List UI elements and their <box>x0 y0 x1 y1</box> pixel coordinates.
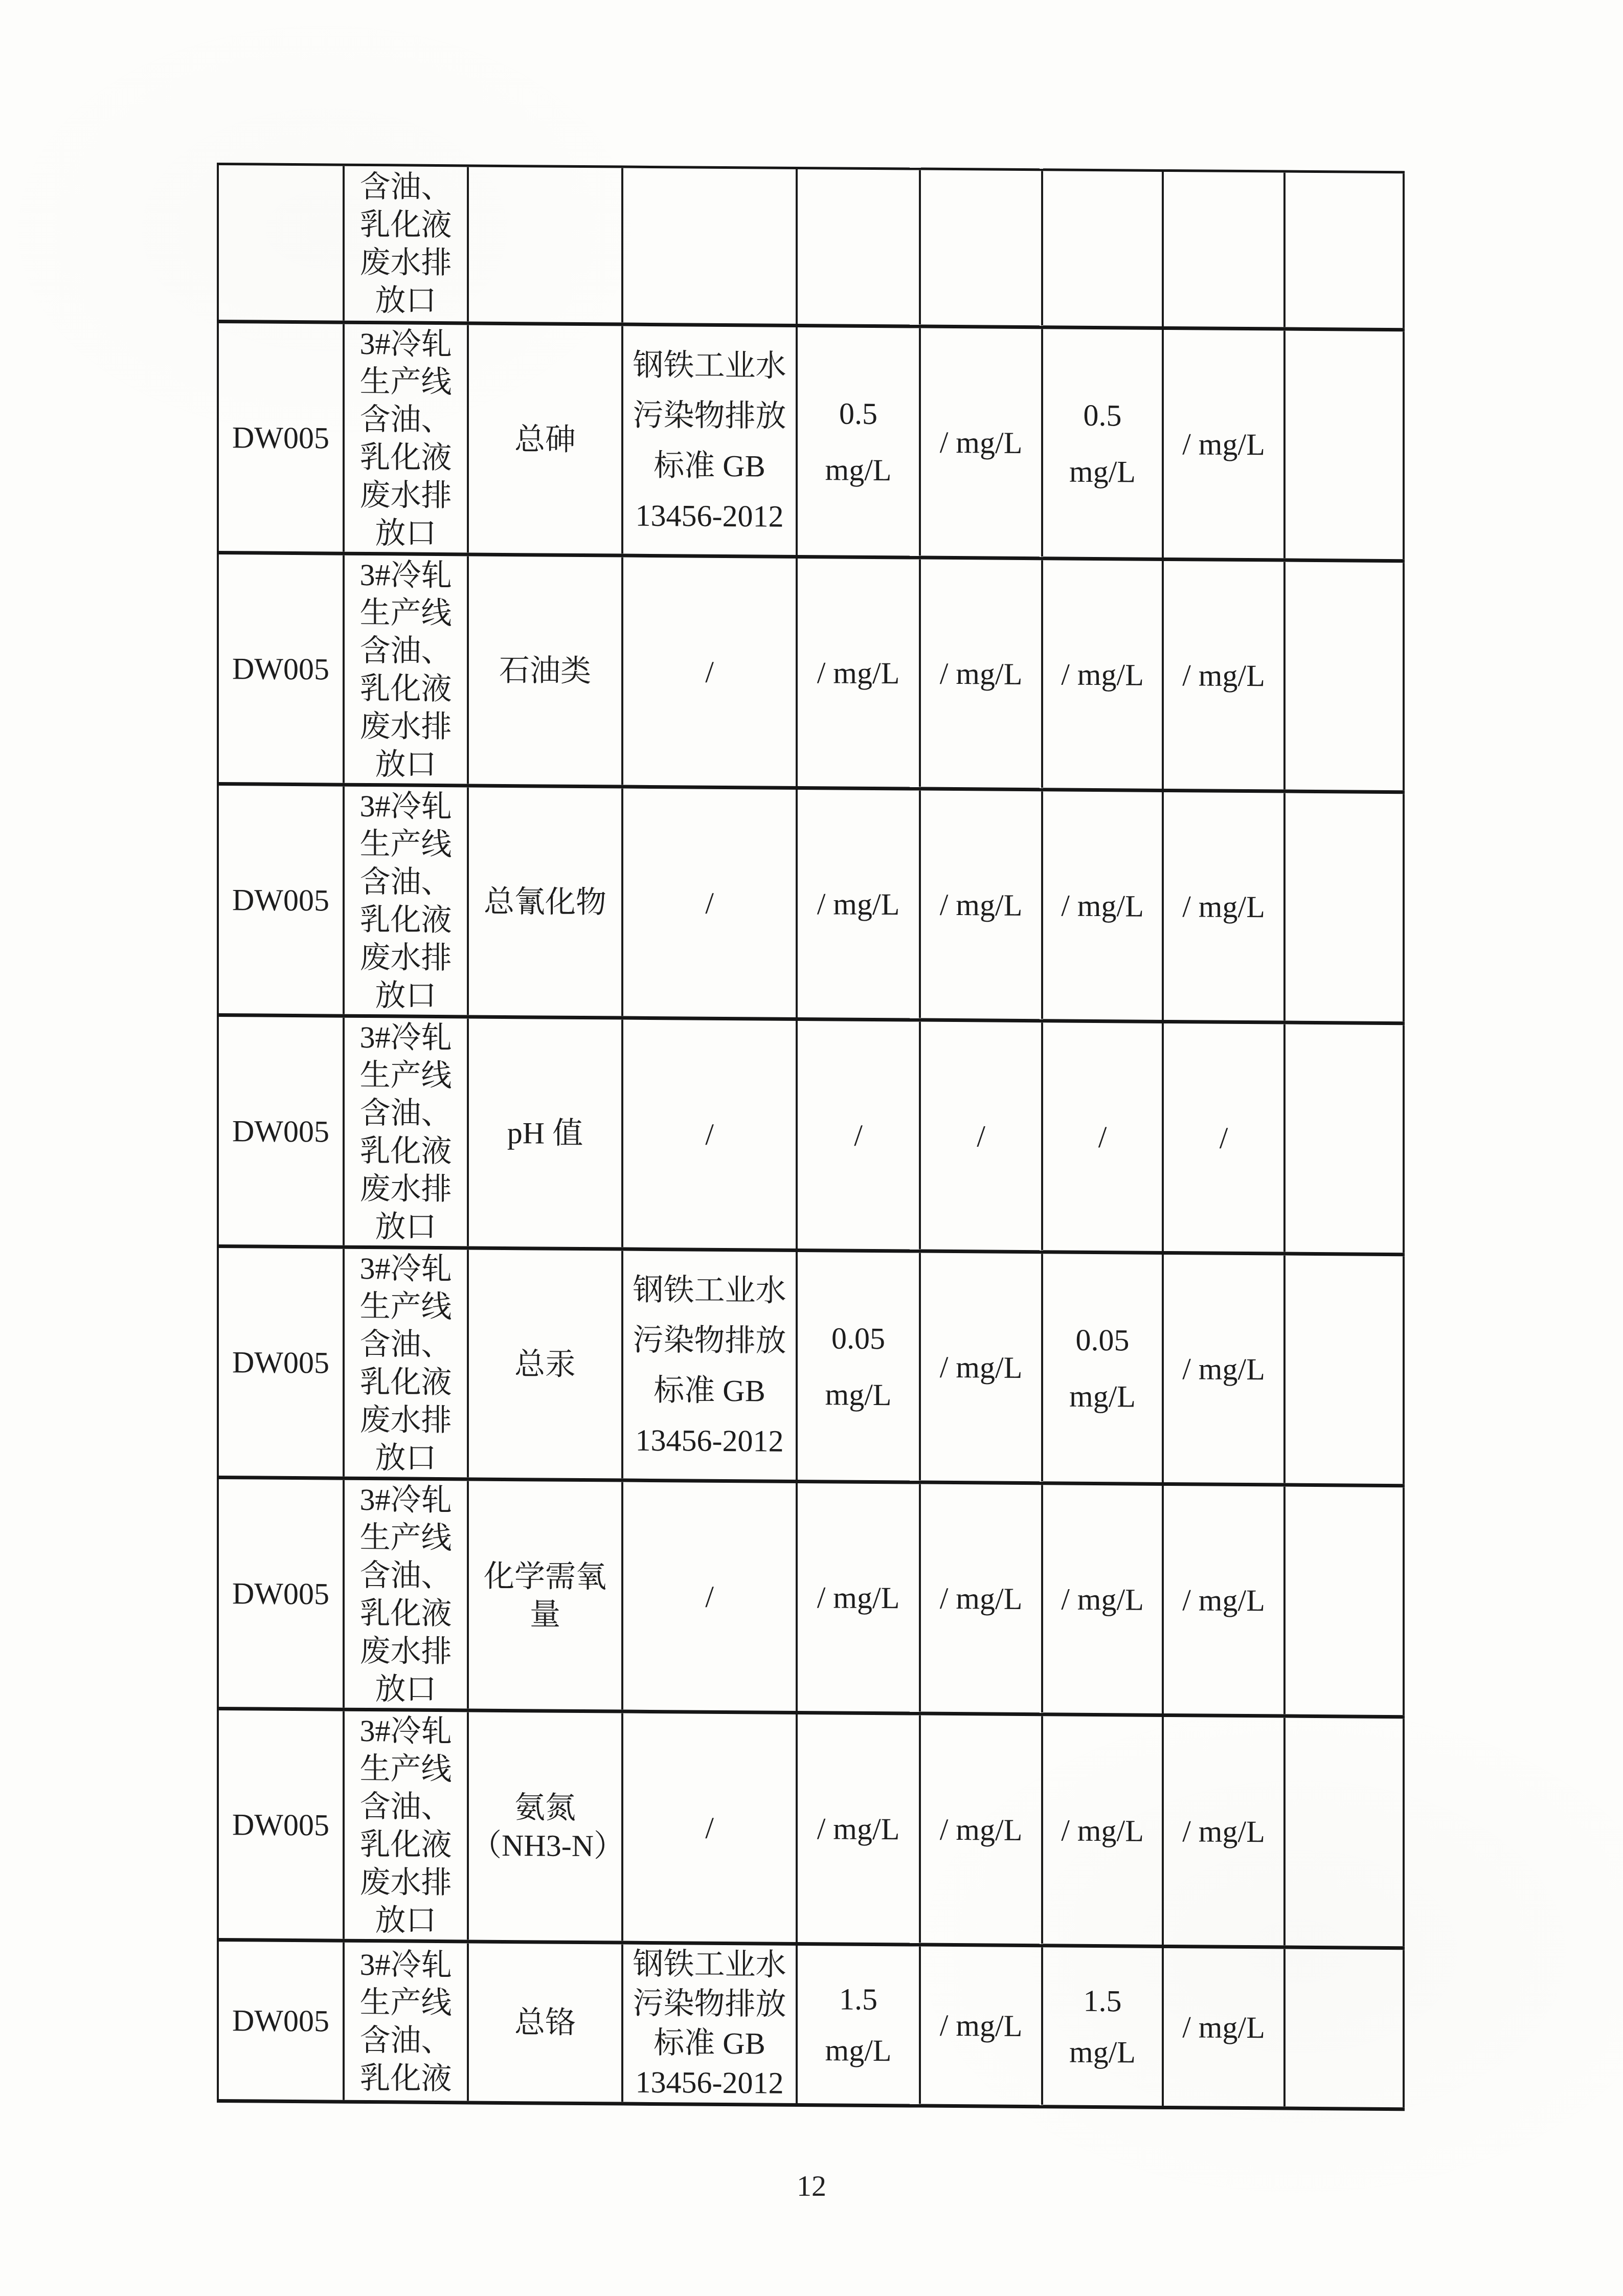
standard-cell <box>622 167 797 325</box>
limit-cell-4: / mg/L <box>1163 1253 1284 1485</box>
pollutant-cell: 总铬 <box>468 1942 622 2104</box>
table-row: DW005 3#冷轧 生产线 含油、 乳化液 废水排 放口 总砷 钢铁工业水 污… <box>218 322 1404 561</box>
pollutant-cell: 氨氮 （NH3-N） <box>468 1710 622 1943</box>
standard-cell: / <box>622 555 797 788</box>
pollutant-cell: 石油类 <box>468 554 622 787</box>
outlet-code-cell: DW005 <box>218 1478 344 1710</box>
standard-cell: / <box>622 1018 797 1250</box>
standard-cell: / <box>622 1711 797 1944</box>
table-row: DW005 3#冷轧 生产线 含油、 乳化液 废水排 放口 总汞 钢铁工业水 污… <box>218 1246 1404 1486</box>
outlet-code-cell: DW005 <box>218 1940 344 2102</box>
limit-cell-2 <box>920 169 1042 327</box>
limit-cell-3 <box>1042 170 1163 328</box>
limit-cell-4 <box>1163 170 1284 329</box>
limit-cell-4: / mg/L <box>1163 1946 1284 2108</box>
table-row: DW005 3#冷轧 生产线 含油、 乳化液 废水排 放口 石油类 / / mg… <box>218 553 1404 792</box>
table-row: DW005 3#冷轧 生产线 含油、 乳化液 废水排 放口 总氰化物 / / m… <box>218 784 1404 1023</box>
limit-cell-2: / mg/L <box>920 1945 1042 2107</box>
limit-cell-1 <box>797 168 920 326</box>
outlet-name-cell: 3#冷轧 生产线 含油、 乳化液 废水排 放口 <box>344 1709 468 1942</box>
limit-cell-4: / mg/L <box>1163 1484 1284 1716</box>
outlet-name-cell: 3#冷轧 生产线 含油、 乳化液 废水排 放口 <box>344 785 468 1017</box>
blank-cell <box>1284 171 1404 330</box>
limit-cell-1: 0.05 mg/L <box>797 1250 920 1482</box>
table-row: 含油、 乳化液 废水排 放口 <box>218 164 1404 330</box>
limit-cell-1: / mg/L <box>797 788 920 1020</box>
table-row: DW005 3#冷轧 生产线 含油、 乳化液 废水排 放口 化学需氧 量 / /… <box>218 1478 1404 1717</box>
pollutant-cell <box>468 166 622 324</box>
pollutant-cell: 化学需氧 量 <box>468 1479 622 1711</box>
limit-cell-4: / <box>1163 1021 1284 1254</box>
outlet-code-cell: DW005 <box>218 553 344 785</box>
blank-cell <box>1284 791 1404 1023</box>
limit-cell-3: / <box>1042 1021 1163 1253</box>
limit-cell-1: / mg/L <box>797 556 920 789</box>
limit-cell-3: / mg/L <box>1042 1714 1163 1947</box>
pollutant-cell: 总砷 <box>468 323 622 555</box>
outlet-code-cell: DW005 <box>218 1709 344 1941</box>
pollutant-cell: 总汞 <box>468 1248 622 1480</box>
limit-cell-3: 1.5 mg/L <box>1042 1946 1163 2108</box>
limit-cell-1: 1.5 mg/L <box>797 1944 920 2106</box>
limit-cell-3: 0.5 mg/L <box>1042 327 1163 560</box>
standard-cell: 钢铁工业水 污染物排放 标准 GB 13456-2012 <box>622 1943 797 2105</box>
standard-cell: / <box>622 1480 797 1712</box>
limit-cell-4: / mg/L <box>1163 1715 1284 1947</box>
limit-cell-1: / mg/L <box>797 1712 920 1945</box>
table-row: DW005 3#冷轧 生产线 含油、 乳化液 废水排 放口 pH 值 / / /… <box>218 1015 1404 1255</box>
discharge-outlet-table: 含油、 乳化液 废水排 放口 DW005 3#冷轧 生产线 含油、 乳化液 废水… <box>217 163 1405 2111</box>
limit-cell-1: 0.5 mg/L <box>797 325 920 558</box>
limit-cell-2: / mg/L <box>920 1251 1042 1483</box>
limit-cell-2: / mg/L <box>920 1713 1042 1946</box>
limit-cell-3: / mg/L <box>1042 790 1163 1022</box>
blank-cell <box>1284 1485 1404 1717</box>
outlet-name-cell: 3#冷轧 生产线 含油、 乳化液 废水排 放口 <box>344 1247 468 1479</box>
outlet-code-cell: DW005 <box>218 1246 344 1479</box>
blank-cell <box>1284 1022 1404 1255</box>
standard-cell: / <box>622 787 797 1019</box>
limit-cell-3: 0.05 mg/L <box>1042 1252 1163 1484</box>
standard-cell: 钢铁工业水 污染物排放 标准 GB 13456-2012 <box>622 324 797 556</box>
limit-cell-3: / mg/L <box>1042 559 1163 791</box>
pollutant-cell: 总氰化物 <box>468 786 622 1018</box>
table-row: DW005 3#冷轧 生产线 含油、 乳化液 总铬 钢铁工业水 污染物排放 标准… <box>218 1940 1404 2109</box>
document-page: 含油、 乳化液 废水排 放口 DW005 3#冷轧 生产线 含油、 乳化液 废水… <box>0 0 1623 2296</box>
blank-cell <box>1284 1716 1404 1948</box>
outlet-code-cell: DW005 <box>218 1015 344 1247</box>
limit-cell-4: / mg/L <box>1163 328 1284 560</box>
outlet-code-cell: DW005 <box>218 322 344 554</box>
limit-cell-4: / mg/L <box>1163 559 1284 791</box>
limit-cell-2: / mg/L <box>920 326 1042 559</box>
blank-cell <box>1284 560 1404 792</box>
limit-cell-2: / <box>920 1020 1042 1252</box>
limit-cell-1: / <box>797 1019 920 1251</box>
outlet-name-cell: 3#冷轧 生产线 含油、 乳化液 废水排 放口 <box>344 322 468 554</box>
limit-cell-1: / mg/L <box>797 1481 920 1713</box>
limit-cell-2: / mg/L <box>920 558 1042 790</box>
blank-cell <box>1284 1947 1404 2109</box>
limit-cell-3: / mg/L <box>1042 1483 1163 1715</box>
outlet-code-cell <box>218 164 344 323</box>
outlet-name-cell: 3#冷轧 生产线 含油、 乳化液 废水排 放口 <box>344 553 468 786</box>
limit-cell-4: / mg/L <box>1163 790 1284 1022</box>
outlet-name-cell: 3#冷轧 生产线 含油、 乳化液 废水排 放口 <box>344 1478 468 1710</box>
pollutant-cell: pH 值 <box>468 1017 622 1249</box>
outlet-code-cell: DW005 <box>218 784 344 1016</box>
table-row: DW005 3#冷轧 生产线 含油、 乳化液 废水排 放口 氨氮 （NH3-N）… <box>218 1709 1404 1948</box>
outlet-name-cell: 3#冷轧 生产线 含油、 乳化液 废水排 放口 <box>344 1016 468 1248</box>
limit-cell-2: / mg/L <box>920 1482 1042 1714</box>
limit-cell-2: / mg/L <box>920 789 1042 1021</box>
blank-cell <box>1284 1254 1404 1486</box>
outlet-name-cell: 含油、 乳化液 废水排 放口 <box>344 165 468 323</box>
standard-cell: 钢铁工业水 污染物排放 标准 GB 13456-2012 <box>622 1249 797 1481</box>
page-number: 12 <box>0 2168 1623 2204</box>
blank-cell <box>1284 329 1404 561</box>
outlet-name-cell: 3#冷轧 生产线 含油、 乳化液 <box>344 1941 468 2103</box>
